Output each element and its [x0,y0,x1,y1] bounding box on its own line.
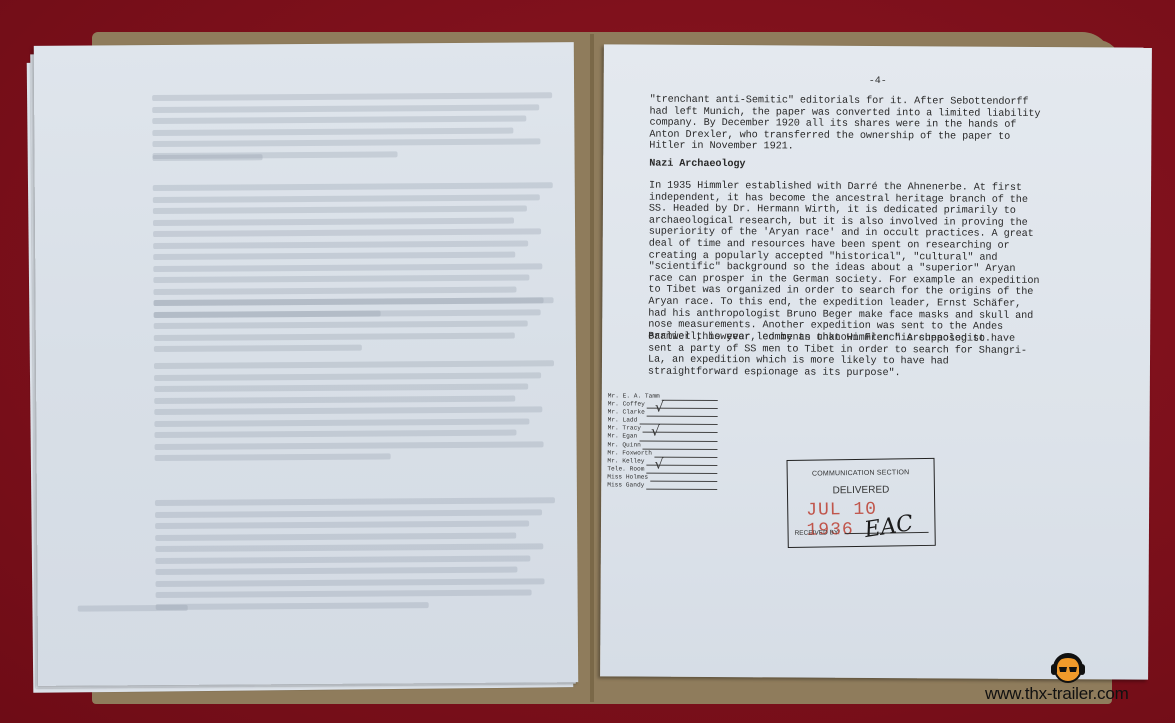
stamp-section: COMMUNICATION SECTION [788,469,934,478]
routing-blank [646,467,717,474]
bleedthrough-text-line [152,104,539,113]
routing-name: Mr. Coffey [608,400,645,408]
bleedthrough-text-line [154,406,542,415]
bleedthrough-text-line [154,430,516,439]
bleedthrough-text-line [154,383,528,392]
document-page: -4- "trenchant anti-Semitic" editorials … [600,44,1152,679]
delivered-stamp: COMMUNICATION SECTION DELIVERED JUL 10 1… [786,458,935,548]
paragraph: "trenchant anti-Semitic" editorials for … [649,95,1089,156]
dj-headphones-sunglasses-icon [1048,650,1088,684]
routing-blank [647,410,718,417]
routing-name: Miss Gandy [607,481,644,489]
stamp-status: DELIVERED [788,484,934,497]
routing-blank: √ [647,402,718,409]
bleedthrough-text-line [153,286,516,295]
routing-blank [639,434,717,441]
routing-name: Mr. Tracy [608,425,641,433]
bleedthrough-text-line [153,252,515,261]
routing-name: Miss Holmes [607,473,648,481]
bleedthrough-text-line [156,578,545,587]
watermark-url: www.thx-trailer.com [985,684,1129,704]
routing-blank: √ [647,458,718,465]
bleedthrough-text-line [154,320,528,329]
bleedthrough-text-line [155,497,555,506]
bleedthrough-text-line [153,228,541,237]
bleedthrough-text-line [155,520,529,529]
bleedthrough-text-line [156,602,429,610]
bleedthrough-text-line [153,154,263,161]
routing-blank [643,442,718,449]
bleedthrough-text-line [154,395,515,404]
routing-name: Tele. Room [607,465,644,473]
bleedthrough-text-line [156,589,532,598]
routing-name: Mr. Foxworth [607,449,652,457]
bleedthrough-text-line [153,240,528,249]
routing-name: Mr. Kelley [607,457,644,465]
routing-blank [650,475,717,482]
routing-name: Mr. Quinn [607,441,640,449]
paragraph: In 1935 Himmler established with Darré t… [648,181,1089,346]
routing-blank [646,483,717,490]
bleedthrough-text-line [78,605,188,612]
bleedthrough-text-line [155,567,517,576]
bleedthrough-text-line [155,453,391,461]
bleedthrough-text-line [155,441,544,450]
bleedthrough-text-line [155,509,542,518]
routing-list: Mr. E. A. TammMr. Coffey√Mr. ClarkeMr. L… [607,392,718,490]
routing-blank: √ [643,426,718,433]
bleedthrough-text-line [154,297,554,306]
routing-entry: Miss Gandy [607,481,717,490]
bleedthrough-text-line [153,274,529,283]
bleedthrough-text-line [154,345,362,352]
bleedthrough-text-line [154,360,554,369]
bleedthrough-text-line [152,92,552,101]
bleedthrough-text-line [152,138,540,147]
routing-name: Mr. Egan [608,433,638,441]
bleedthrough-text-line [152,127,513,136]
bleedthrough-text-line [155,543,543,552]
bleedthrough-text-line [154,332,515,341]
received-by-label: RECEIVED BY: [795,529,840,537]
routing-blank [654,450,717,457]
routing-blank [662,394,718,401]
bleedthrough-text-line [155,555,530,564]
bleedthrough-text-line [154,309,541,318]
bleedthrough-text-line [155,532,516,541]
bleedthrough-text-line [153,194,540,203]
paragraph: Bramwell, however, comments that Himmler… [648,332,1088,381]
routing-name: Mr. Ladd [608,417,638,425]
bleedthrough-text-line [153,182,553,191]
section-heading: Nazi Archaeology [649,159,1089,173]
bleedthrough-text-line [153,205,527,214]
bleedthrough-text-line [154,372,541,381]
bleedthrough-text-line [154,418,529,427]
routing-name: Mr. Clarke [608,409,645,417]
routing-name: Mr. E. A. Tamm [608,392,660,400]
bleedthrough-text-line [153,217,514,226]
bleedthrough-text-line [152,115,526,124]
folder-fold [590,34,594,702]
left-page-bleedthrough [34,42,578,686]
bleedthrough-text-line [153,263,542,272]
page-number: -4- [604,74,1152,88]
